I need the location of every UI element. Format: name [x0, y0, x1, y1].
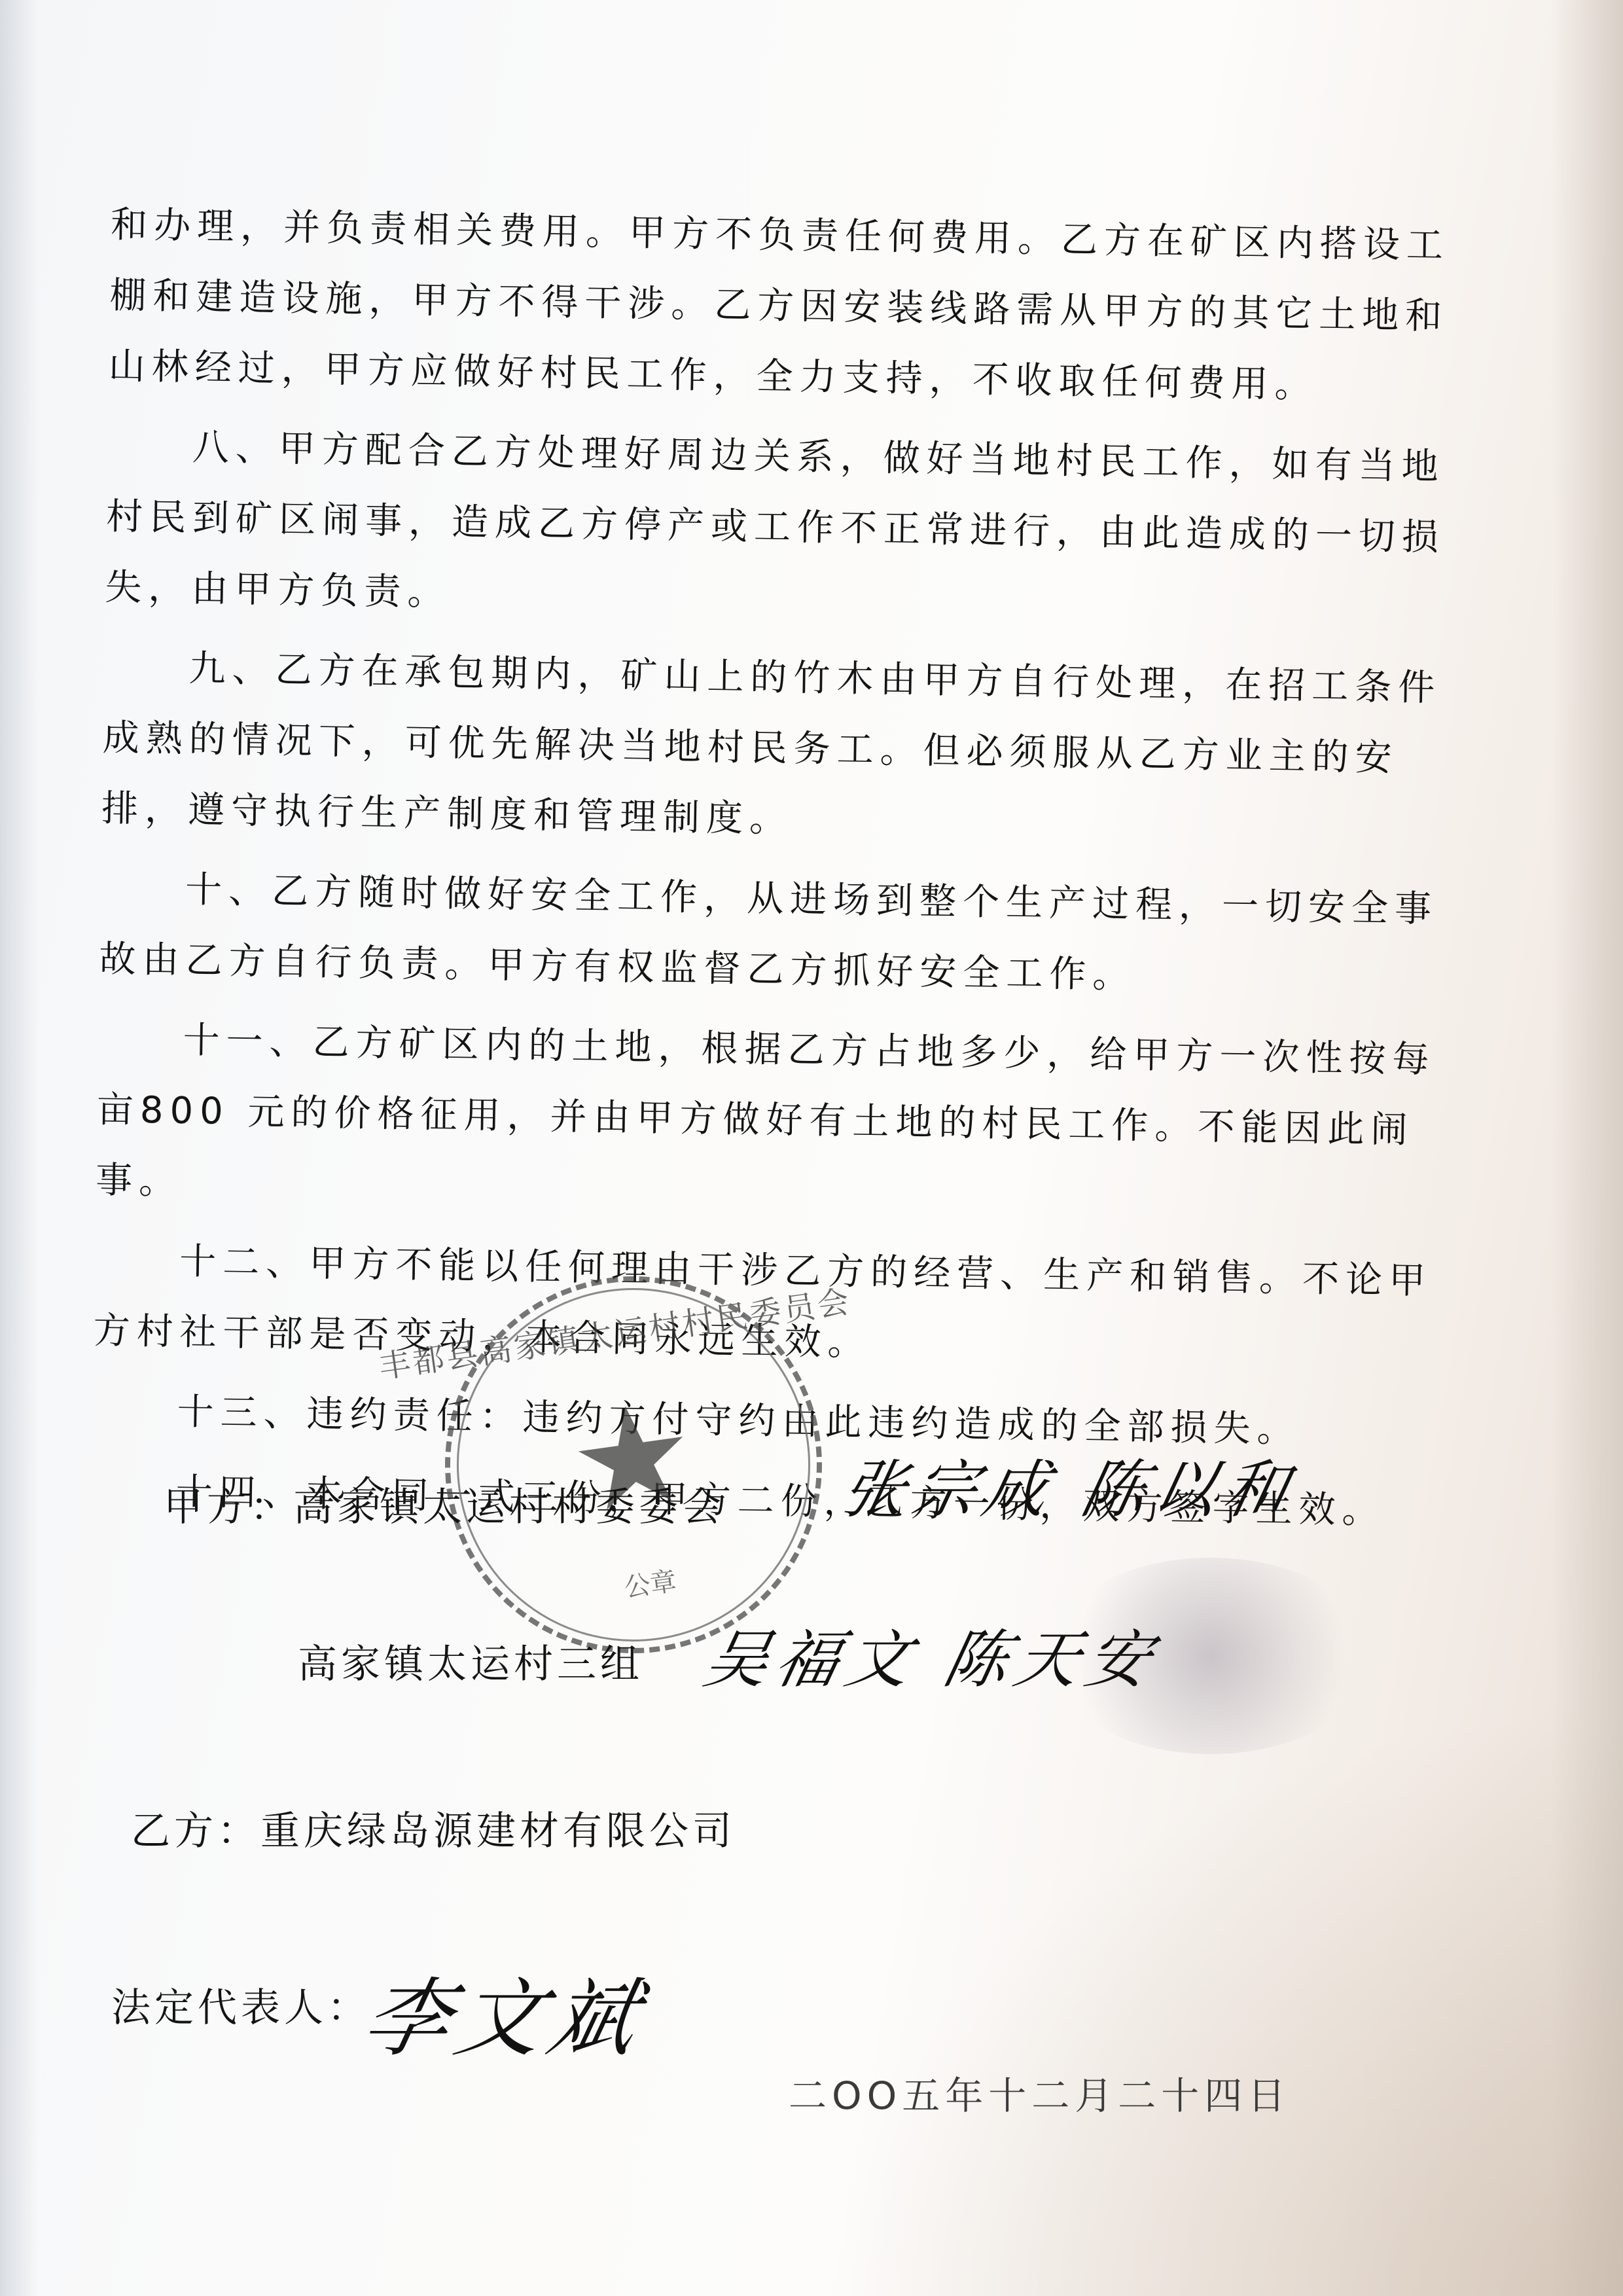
legal-rep-label: 法定代表人： — [111, 1977, 370, 2033]
party-a-label: 甲方：高家镇太运村村委委会 — [164, 1476, 725, 1532]
contract-date: 二OO五年十二月二十四日 — [789, 2065, 1291, 2120]
legal-rep-signature: 李文斌 — [353, 1950, 658, 2073]
signature-block: 丰都县高家镇太运村村民委员会 ★ 公章 甲方：高家镇太运村村委委会 张宗成 陈以… — [0, 0, 1623, 2296]
group-signature: 吴福文 陈天安 — [697, 1610, 1168, 1700]
party-a-signature: 张宗成 陈以和 — [834, 1440, 1306, 1530]
group-label: 高家镇太运村三组 — [298, 1633, 643, 1689]
party-b-label: 乙方：重庆绿岛源建材有限公司 — [131, 1800, 736, 1856]
seal-bottom-text: 公章 — [622, 1560, 679, 1605]
